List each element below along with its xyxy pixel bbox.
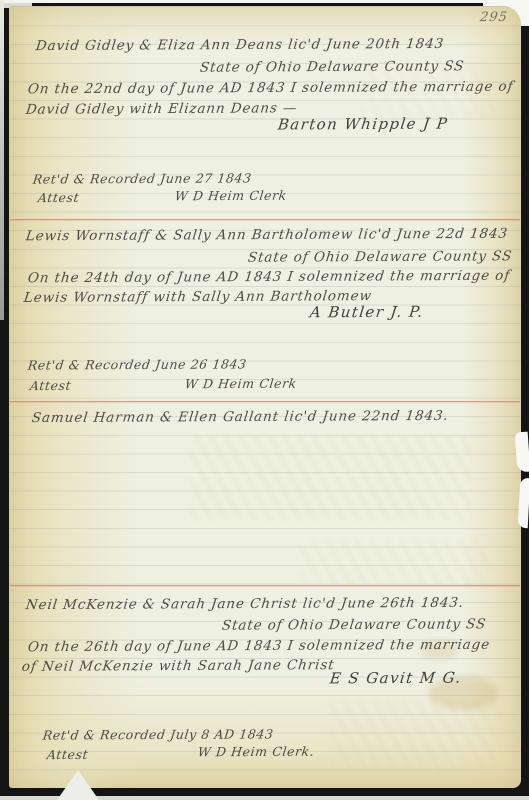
officiant-signature: Barton Whipple J P — [277, 115, 449, 134]
entry-body-line: of Neil McKenzie with Sarah Jane Christ — [21, 657, 335, 675]
section-divider — [10, 401, 520, 402]
entry-body-line: On the 26th day of June AD 1843 I solemn… — [27, 637, 491, 655]
entry-license-line: David Gidley & Eliza Ann Deans lic'd Jun… — [35, 36, 445, 54]
torn-edge — [515, 432, 529, 473]
torn-edge — [518, 478, 529, 528]
entry-state-line: State of Ohio Delaware County SS — [247, 248, 513, 265]
section-divider — [10, 219, 520, 220]
entry-license-line: Lewis Wornstaff & Sally Ann Bartholomew … — [25, 226, 509, 245]
recorded-line: Ret'd & Recorded July 8 AD 1843 — [42, 726, 274, 742]
recorded-line: Ret'd & Recorded June 26 1843 — [27, 356, 248, 372]
entry-license-line: Samuel Harman & Ellen Gallant lic'd June… — [31, 408, 450, 426]
officiant-signature: A Butler J. P. — [309, 303, 425, 322]
backing-sheet-top — [0, 0, 529, 3]
page-number: 295 — [479, 10, 509, 25]
torn-edge — [57, 770, 99, 800]
section-divider — [10, 585, 520, 586]
officiant-signature: E S Gavit M G. — [329, 669, 463, 688]
clerk-signature: W D Heim Clerk — [174, 188, 288, 204]
entry-license-line: Neil McKenzie & Sarah Jane Christ lic'd … — [25, 595, 465, 613]
backing-sheet-left — [0, 0, 4, 320]
attest-label: Attest — [29, 378, 72, 393]
entry-state-line: State of Ohio Delaware County SS — [199, 58, 465, 75]
entry-state-line: State of Ohio Delaware County SS — [221, 616, 487, 633]
attest-label: Attest — [46, 747, 89, 762]
clerk-signature: W D Heim Clerk. — [197, 744, 315, 760]
scanned-ledger-page: 295 David Gidley & Eliza Ann Deans lic'd… — [0, 0, 529, 800]
attest-label: Attest — [37, 190, 80, 205]
entry-body-line: On the 22nd day of June AD 1843 I solemn… — [27, 79, 514, 98]
entry-body-line: On the 24th day of June AD 1843 I solemn… — [27, 268, 511, 287]
clerk-signature: W D Heim Clerk — [184, 376, 298, 392]
recorded-line: Ret'd & Recorded June 27 1843 — [32, 170, 253, 186]
entry-body-line: David Gidley with Elizann Deans — — [25, 100, 298, 117]
